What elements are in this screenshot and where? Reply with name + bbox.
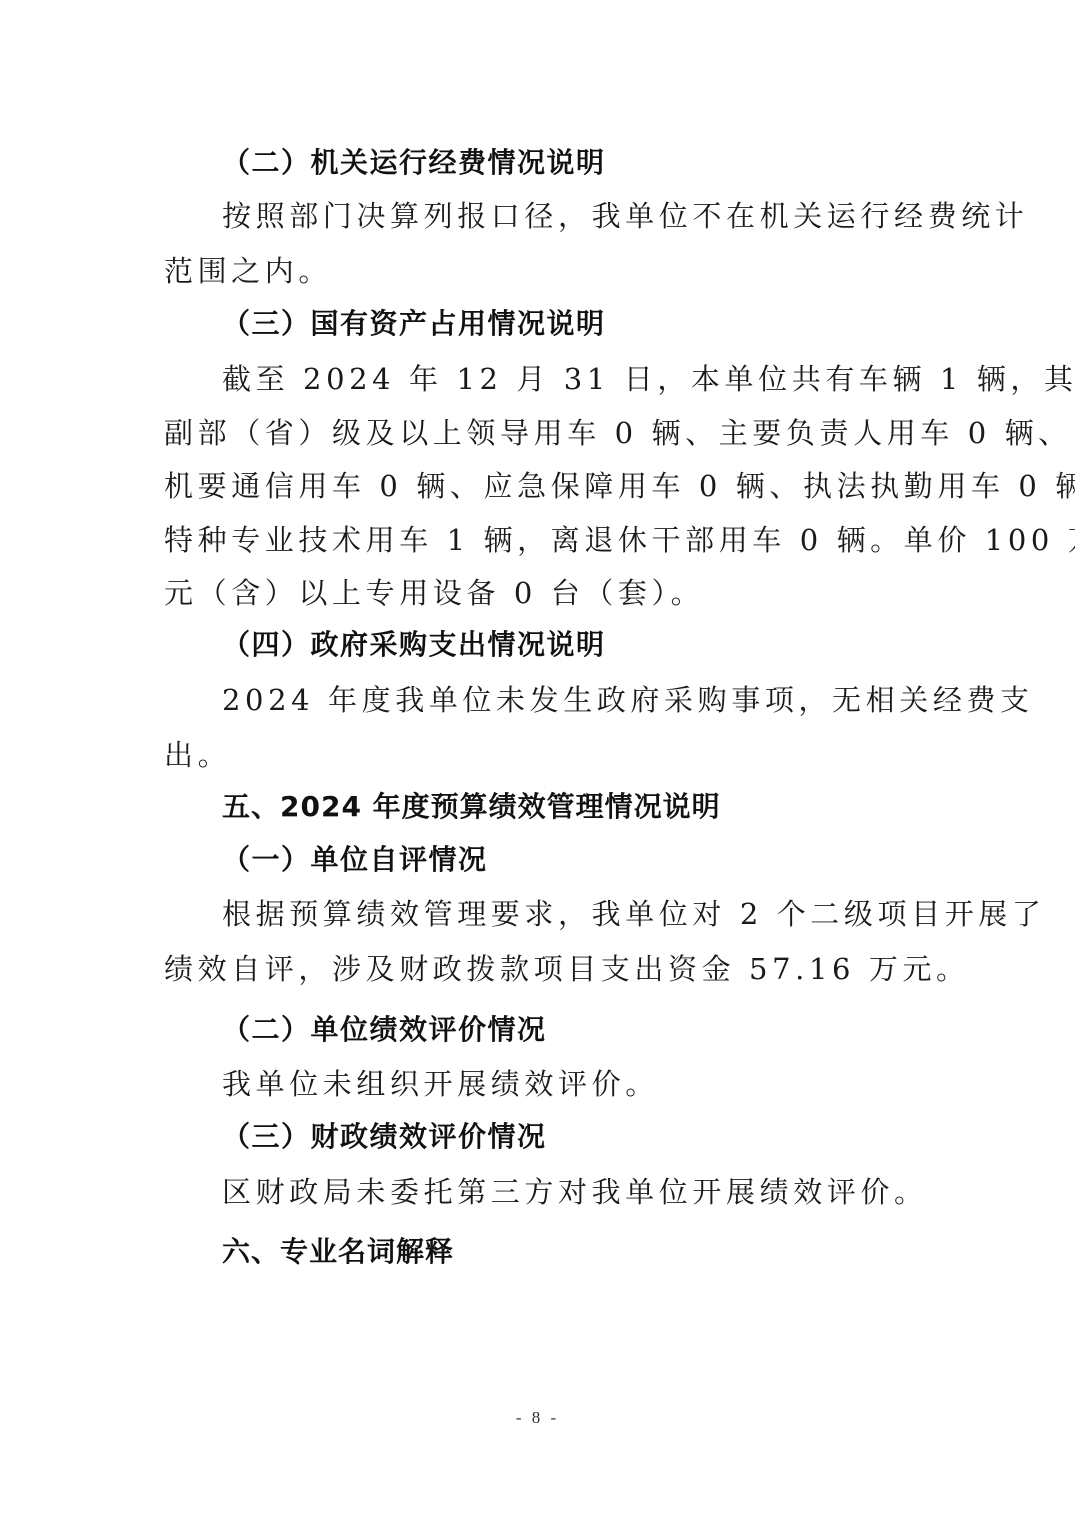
- paragraph-line: 机要通信用车 0 辆、应急保障用车 0 辆、执法执勤用车 0 辆，: [164, 466, 1075, 506]
- page-number: - 8 -: [0, 1408, 1075, 1428]
- paragraph-line: 区财政局未委托第三方对我单位开展绩效评价。: [222, 1172, 928, 1212]
- paragraph-line: 特种专业技术用车 1 辆，离退休干部用车 0 辆。单价 100 万: [164, 520, 1075, 560]
- paragraph-line: 副部（省）级及以上领导用车 0 辆、主要负责人用车 0 辆、: [164, 413, 1072, 453]
- paragraph-line: 元（含）以上专用设备 0 台（套）。: [164, 573, 704, 613]
- subheading-finance-evaluation: （三）财政绩效评价情况: [222, 1117, 547, 1157]
- document-page: （二）机关运行经费情况说明 按照部门决算列报口径，我单位不在机关运行经费统计 范…: [0, 0, 1075, 1520]
- subheading-self-evaluation: （一）单位自评情况: [222, 840, 488, 880]
- paragraph-line: 我单位未组织开展绩效评价。: [222, 1064, 659, 1104]
- paragraph-line: 2024 年度我单位未发生政府采购事项，无相关经费支: [222, 680, 1034, 720]
- subheading-operating-expenses: （二）机关运行经费情况说明: [222, 143, 606, 183]
- heading-performance-management: 五、2024 年度预算绩效管理情况说明: [222, 787, 721, 827]
- paragraph-line: 根据预算绩效管理要求，我单位对 2 个二级项目开展了: [222, 894, 1046, 934]
- paragraph-line: 绩效自评，涉及财政拨款项目支出资金 57.16 万元。: [164, 949, 970, 989]
- subheading-unit-evaluation: （二）单位绩效评价情况: [222, 1010, 547, 1050]
- paragraph-line: 截至 2024 年 12 月 31 日，本单位共有车辆 1 辆，其中，: [222, 359, 1075, 399]
- paragraph-line: 按照部门决算列报口径，我单位不在机关运行经费统计: [222, 196, 1028, 236]
- paragraph-line: 范围之内。: [164, 251, 332, 291]
- paragraph-line: 出。: [164, 735, 231, 775]
- heading-terminology: 六、专业名词解释: [222, 1232, 454, 1272]
- subheading-state-assets: （三）国有资产占用情况说明: [222, 304, 606, 344]
- subheading-procurement: （四）政府采购支出情况说明: [222, 625, 606, 665]
